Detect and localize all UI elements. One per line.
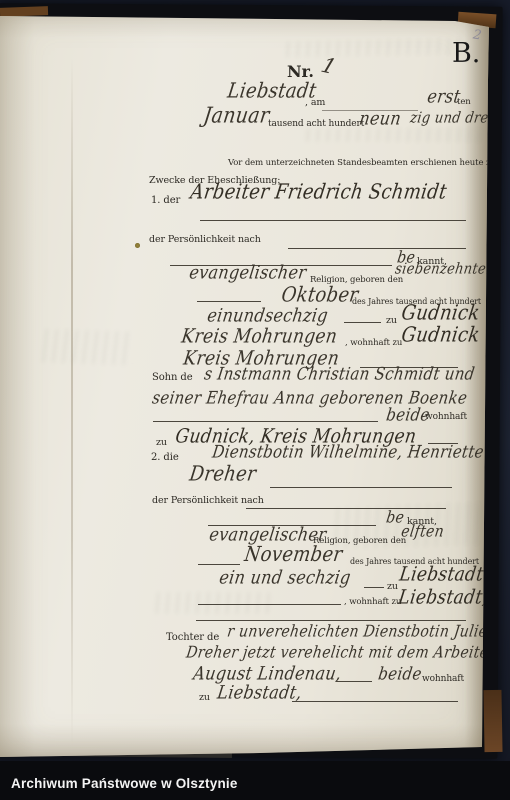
bleed-through-mark <box>37 328 133 365</box>
bride-daughter-printed: Tochter de <box>166 632 219 643</box>
groom-zu-printed: zu <box>386 315 397 326</box>
archive-watermark: Archiwum Państwowe w Olsztynie <box>11 776 238 791</box>
blank-rule <box>196 620 466 621</box>
nr-value: 1 <box>318 53 340 79</box>
bleed-through-mark <box>280 38 460 57</box>
bride-zu2-printed: zu <box>199 692 210 703</box>
ink-stain <box>135 243 140 248</box>
bride-beide-entry: beide <box>377 663 423 684</box>
printed-year-prefix: tausend acht hundert <box>268 119 364 129</box>
marriage-year-entry-b: zig und drei <box>409 110 494 127</box>
groom-birth-day-entry: siebenzehnten <box>394 261 496 278</box>
printed-ten-suffix: ten <box>457 97 471 107</box>
blank-rule <box>336 681 372 682</box>
bride-birth-month-entry: November <box>243 543 344 567</box>
groom-zu2-printed: zu <box>156 437 167 448</box>
blank-rule <box>344 322 381 323</box>
bleed-through-mark <box>150 592 270 614</box>
marriage-month-entry: Januar <box>202 103 271 128</box>
wood-binding-bottom-right <box>483 690 502 752</box>
groom-wohnhaft2-printed: wohnhaft <box>425 412 467 422</box>
bride-birth-day-entry: elften <box>400 523 445 541</box>
bride-zu-printed: zu <box>387 581 398 592</box>
bride-name-entry-1: Dienstbotin Wilhelmine, Henriette <box>211 441 485 462</box>
document-page: B. 2 Nr. 1 Liebstadt , am erst ten Janua… <box>0 0 494 762</box>
bride-mother-entry-2: Dreher jetzt verehelicht mit dem Arbeite… <box>185 644 497 662</box>
bride-wohnhaft2-printed: wohnhaft <box>422 674 464 684</box>
groom-religion-entry: evangelischer <box>188 261 308 283</box>
blank-rule <box>153 421 378 422</box>
blank-rule <box>200 220 466 221</box>
groom-birth-place-entry: Gudnick <box>400 301 481 325</box>
bride-wohnhaft-printed: , wohnhaft zu <box>344 597 401 607</box>
bride-birth-year-entry: ein und sechzig <box>218 566 352 588</box>
bride-religion-entry: evangelischer <box>208 523 328 545</box>
blank-rule <box>198 564 240 565</box>
bleed-through-mark <box>300 128 480 142</box>
printed-am: , am <box>305 97 325 108</box>
bride-residence-entry: Liebstadt, <box>397 586 490 609</box>
page-fold-crease <box>71 58 73 746</box>
bride-mother-entry-1: r unverehelichten Dienstbotin Julie <box>226 623 489 641</box>
groom-identity-label: der Persönlichkeit nach <box>149 234 261 245</box>
wood-binding-top-left <box>0 6 48 17</box>
groom-residence-entry: Gudnick <box>400 323 481 347</box>
groom-wohnhaft-printed: , wohnhaft zu <box>345 338 402 348</box>
blank-rule <box>197 301 261 302</box>
groom-son-printed: Sohn de <box>152 372 193 383</box>
marriage-year-entry-a: neun <box>358 107 403 129</box>
bride-index: 2. die <box>151 452 179 463</box>
blank-rule <box>246 508 446 509</box>
blank-rule <box>288 248 466 249</box>
groom-birth-year-entry: einundsechzig <box>206 304 329 326</box>
blank-rule <box>364 587 384 588</box>
groom-father-entry: s Instmann Christian Schmidt und <box>203 363 476 384</box>
archive-scan: B. 2 Nr. 1 Liebstadt , am erst ten Janua… <box>0 0 510 800</box>
bride-parents-residence-entry: Liebstadt, <box>216 681 303 703</box>
blank-rule <box>270 487 452 488</box>
groom-name-entry: Arbeiter Friedrich Schmidt <box>189 180 448 204</box>
pencil-page-number: 2 <box>472 27 483 43</box>
blank-rule <box>198 604 341 605</box>
groom-birth-district-entry: Kreis Mohrungen <box>180 325 339 348</box>
bride-birth-place-entry: Liebstadt <box>398 563 485 586</box>
groom-index: 1. der <box>151 195 180 206</box>
bride-name-entry-2: Dreher <box>188 462 258 486</box>
bride-identity-label: der Persönlichkeit nach <box>152 495 264 506</box>
intro-line-1: Vor dem unterzeichneten Standesbeamten e… <box>228 158 504 168</box>
blank-rule <box>292 701 458 702</box>
